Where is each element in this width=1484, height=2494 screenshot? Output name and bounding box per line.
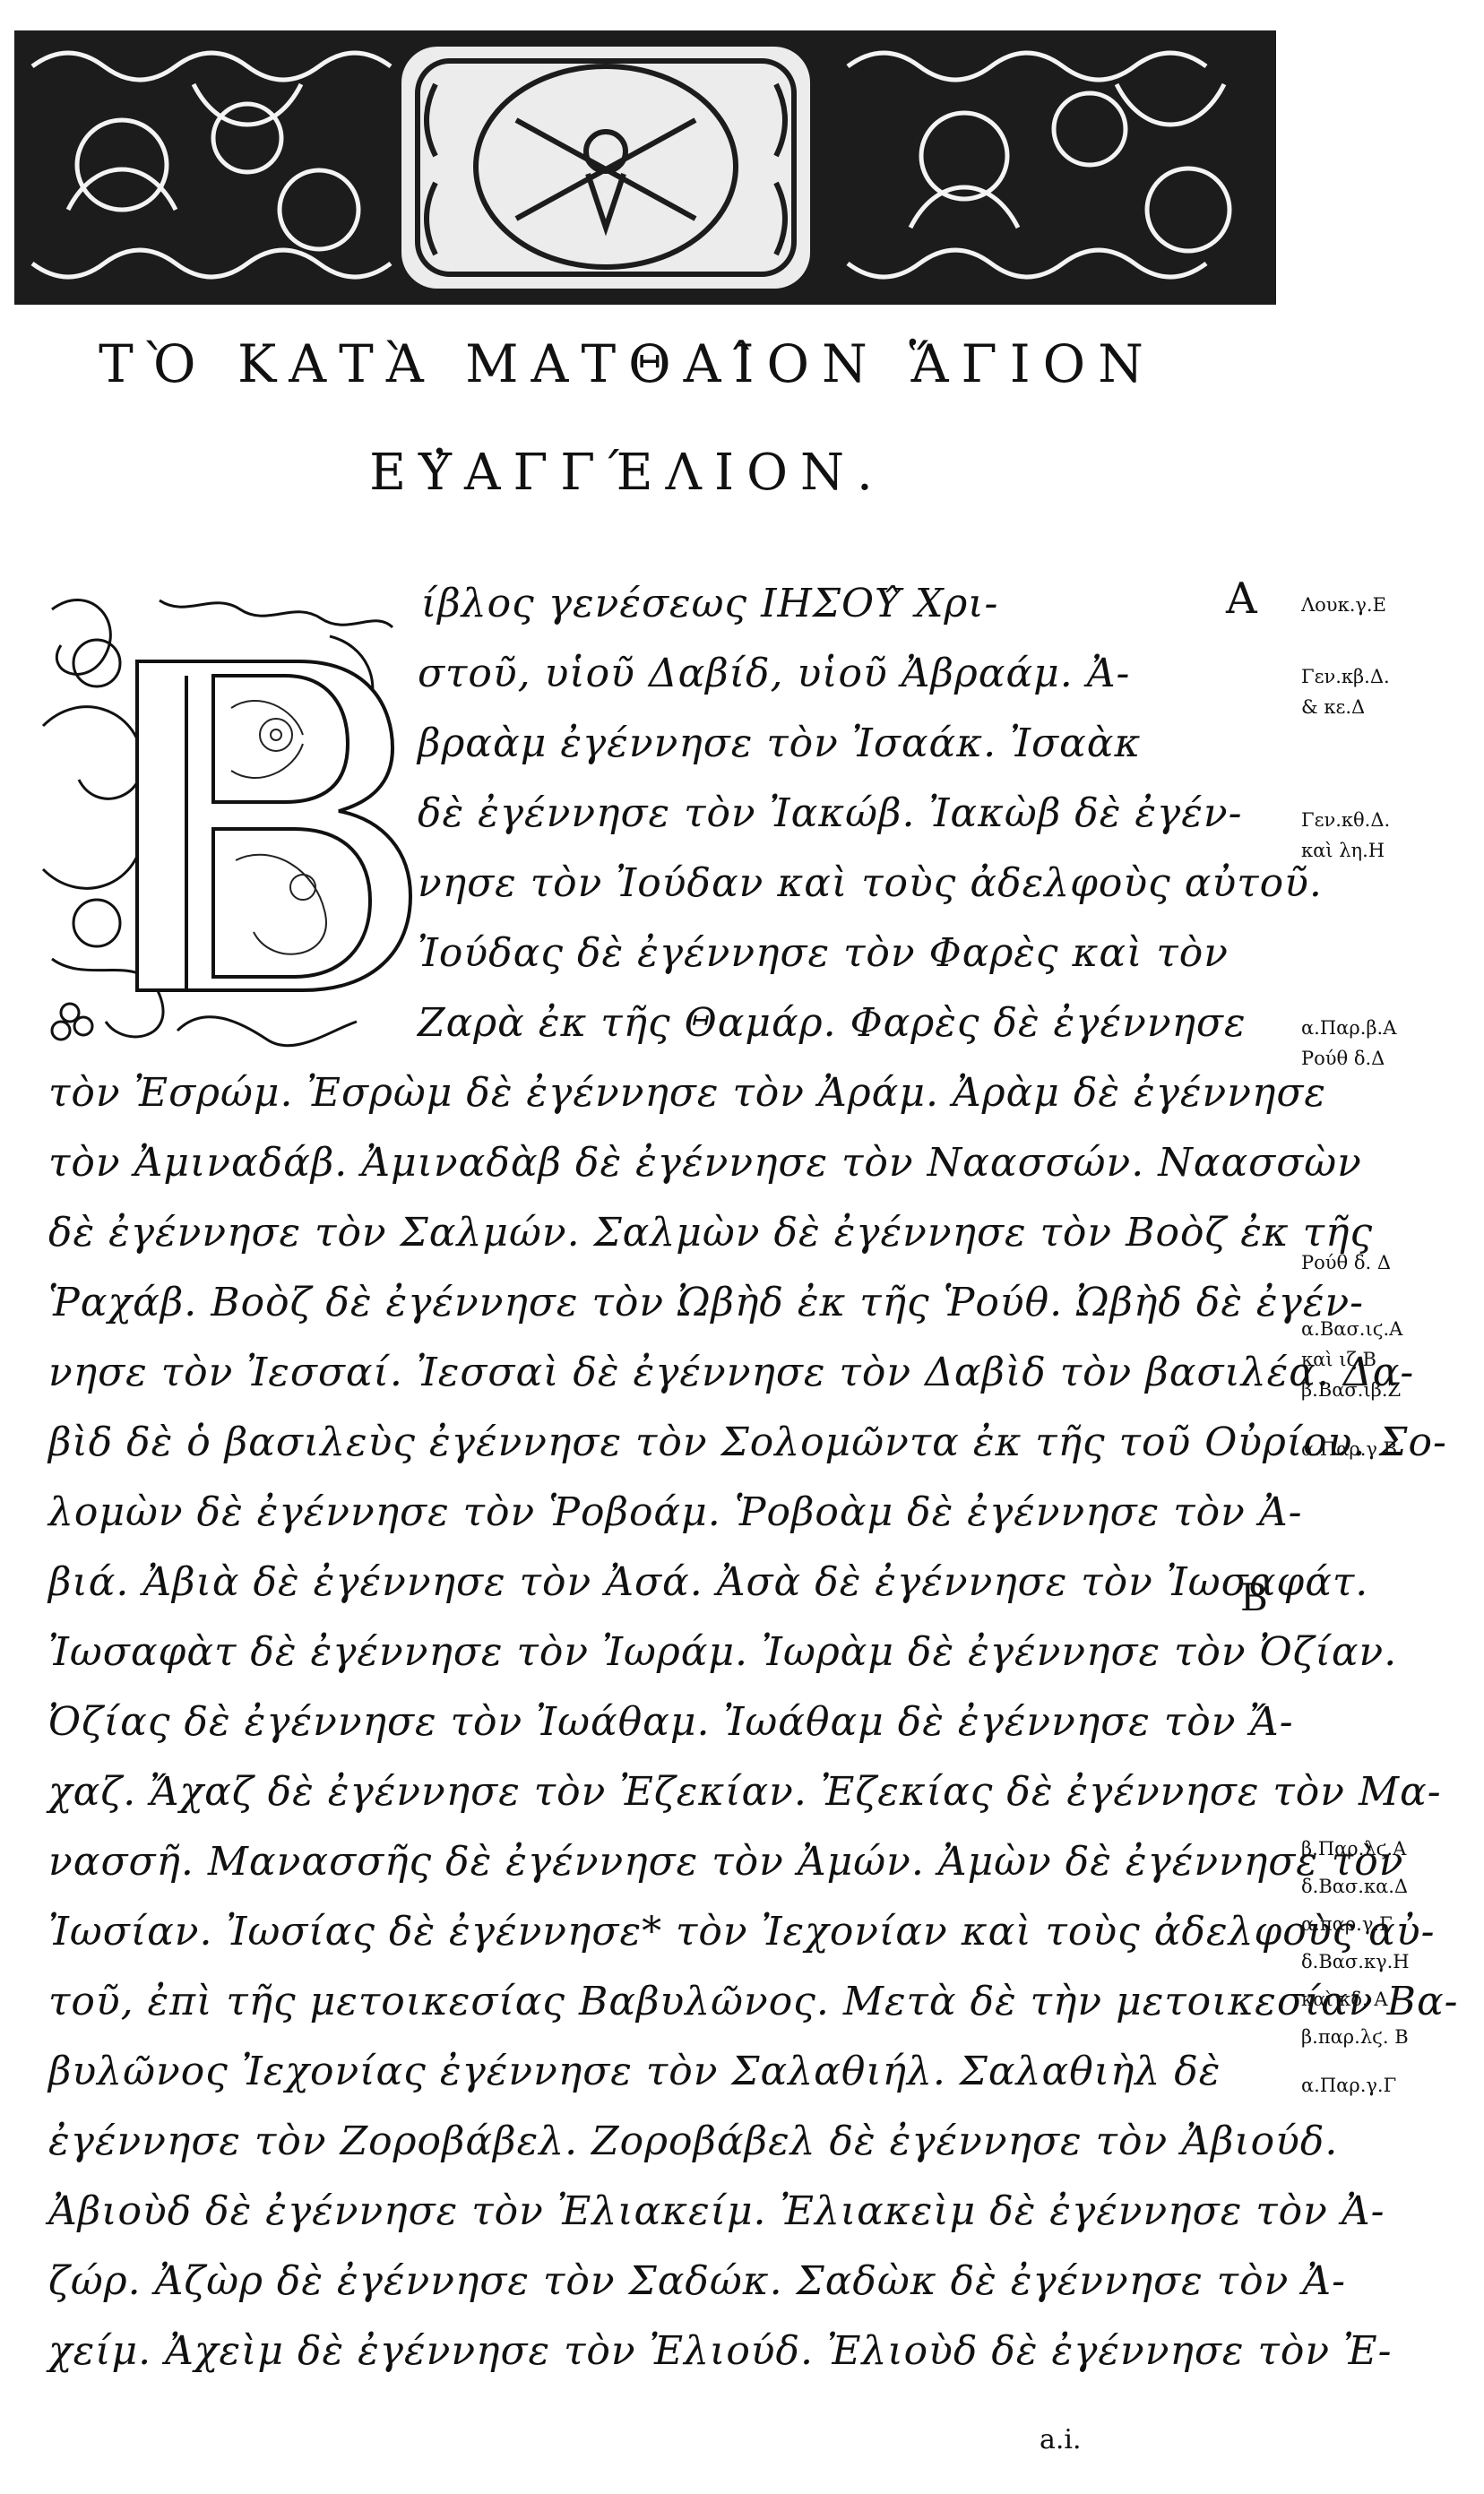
section-letter-a: A — [1226, 574, 1257, 624]
margin-note: α.παρ.γ.Γ — [1301, 1909, 1393, 1939]
page-title: ΤῸ ΚΑΤᾺ ΜΑΤΘΑΙ̂ΟΝ ἍΓΙΟΝ — [0, 333, 1255, 394]
margin-note: Λουκ.γ.Ε — [1301, 590, 1386, 620]
margin-note: α.Παρ.γ.Β — [1301, 1434, 1397, 1464]
text-line: λομὼν δὲ ἐγέννησε τὸν Ῥοβοάμ. Ῥοβοὰμ δὲ … — [48, 1489, 1303, 1535]
margin-note: καὶ κδ. Α — [1301, 1984, 1388, 2015]
margin-note: δ.Βασ.κα.Δ — [1301, 1871, 1408, 1902]
margin-note: β.παρ.λϛ. Β — [1301, 2022, 1409, 2052]
text-line: τὸν Ἐσρώμ. Ἐσρὼμ δὲ ἐγέννησε τὸν Ἀράμ. Ἀ… — [48, 1070, 1326, 1116]
text-line: δὲ ἐγέννησε τὸν Ἰακώβ. Ἰακὼβ δὲ ἐγέν- — [418, 790, 1242, 836]
signature-mark: a.i. — [1040, 2424, 1082, 2455]
margin-note: α.Βασ.ιϛ.Α — [1301, 1314, 1402, 1344]
text-line: Ὀζίας δὲ ἐγέννησε τὸν Ἰωάθαμ. Ἰωάθαμ δὲ … — [48, 1699, 1294, 1745]
margin-note: β.Παρ.λϛ.Α — [1301, 1834, 1406, 1864]
text-line: ίβλος γενέσεως ΙΗΣΟΥ̂ Χρι- — [421, 581, 998, 626]
text-line: νασσῆ. Μανασσῆς δὲ ἐγέννησε τὸν Ἀμών. Ἀμ… — [48, 1839, 1403, 1885]
text-line: ζώρ. Ἀζὼρ δὲ ἐγέννησε τὸν Σαδώκ. Σαδὼκ δ… — [48, 2258, 1346, 2304]
margin-note: Γεν.κθ.Δ. — [1301, 805, 1390, 835]
text-line: τὸν Ἀμιναδάβ. Ἀμιναδὰβ δὲ ἐγέννησε τὸν Ν… — [48, 1140, 1362, 1186]
book-page: ΤῸ ΚΑΤᾺ ΜΑΤΘΑΙ̂ΟΝ ἍΓΙΟΝ ΕΥ̓ΑΓΓΈΛΙΟΝ. — [0, 0, 1484, 2494]
page-subtitle: ΕΥ̓ΑΓΓΈΛΙΟΝ. — [0, 444, 1255, 502]
margin-note: καὶ λη.Η — [1301, 835, 1385, 866]
text-line: βιά. Ἀβιὰ δὲ ἐγέννησε τὸν Ἀσά. Ἀσὰ δὲ ἐγ… — [48, 1559, 1368, 1605]
text-line: ἐγέννησε τὸν Ζοροβάβελ. Ζοροβάβελ δὲ ἐγέ… — [48, 2119, 1338, 2164]
margin-note: β.Βασ.ιβ.Ζ — [1301, 1375, 1401, 1405]
text-line: νησε τὸν Ἰούδαν καὶ τοὺς ἀδελφοὺς αὐτοῦ. — [418, 860, 1323, 906]
text-line: Ζαρὰ ἐκ τῆς Θαμάρ. Φαρὲς δὲ ἐγέννησε — [418, 1000, 1247, 1046]
margin-note: α.Παρ.β.Α — [1301, 1013, 1396, 1043]
text-line: βραὰμ ἐγέννησε τὸν Ἰσαάκ. Ἰσαὰκ — [418, 721, 1141, 766]
margin-note: α.Παρ.γ.Γ — [1301, 2070, 1396, 2101]
text-line: χαζ. Ἄχαζ δὲ ἐγέννησε τὸν Ἐζεκίαν. Ἐζεκί… — [48, 1769, 1442, 1815]
text-line: χείμ. Ἀχεὶμ δὲ ἐγέννησε τὸν Ἐλιούδ. Ἐλιο… — [48, 2328, 1392, 2374]
margin-note: & κε.Δ — [1301, 692, 1365, 722]
text-line: τοῦ, ἐπὶ τῆς μετοικεσίας Βαβυλῶνος. Μετὰ… — [48, 1979, 1459, 2024]
margin-note: Γεν.κβ.Δ. — [1301, 661, 1390, 692]
ornament-headpiece-icon — [14, 30, 1276, 305]
text-line: Ἰούδας δὲ ἐγέννησε τὸν Φαρὲς καὶ τὸν — [418, 930, 1229, 976]
text-line: Ἰωσαφὰτ δὲ ἐγέννησε τὸν Ἰωράμ. Ἰωρὰμ δὲ … — [48, 1629, 1397, 1675]
margin-note: καὶ ιζ.Β — [1301, 1344, 1376, 1375]
ornamental-initial-b-icon — [34, 583, 419, 1066]
text-line: Ἀβιοὺδ δὲ ἐγέννησε τὸν Ἐλιακείμ. Ἐλιακεὶ… — [48, 2188, 1385, 2234]
text-line: νησε τὸν Ἰεσσαί. Ἰεσσαὶ δὲ ἐγέννησε τὸν … — [48, 1350, 1414, 1395]
margin-note: Ρούθ δ.Δ — [1301, 1043, 1385, 1074]
text-line: Ῥαχάβ. Βοὸζ δὲ ἐγέννησε τὸν Ὠβὴδ ἐκ τῆς … — [48, 1280, 1364, 1325]
margin-note: Ρούθ δ. Δ — [1301, 1247, 1391, 1278]
margin-note: δ.Βασ.κγ.Η — [1301, 1946, 1410, 1977]
text-line: στοῦ, υἱοῦ Δαβίδ, υἱοῦ Ἀβραάμ. Ἀ- — [418, 651, 1130, 696]
text-line: Ἰωσίαν. Ἰωσίας δὲ ἐγέννησε* τὸν Ἰεχονίαν… — [48, 1909, 1435, 1955]
text-line: δὲ ἐγέννησε τὸν Σαλμών. Σαλμὼν δὲ ἐγέννη… — [48, 1210, 1373, 1256]
text-line: βὶδ δὲ ὁ βασιλεὺς ἐγέννησε τὸν Σολομῶντα… — [48, 1420, 1447, 1465]
text-line: βυλῶνος Ἰεχονίας ἐγέννησε τὸν Σαλαθιήλ. … — [48, 2049, 1221, 2094]
